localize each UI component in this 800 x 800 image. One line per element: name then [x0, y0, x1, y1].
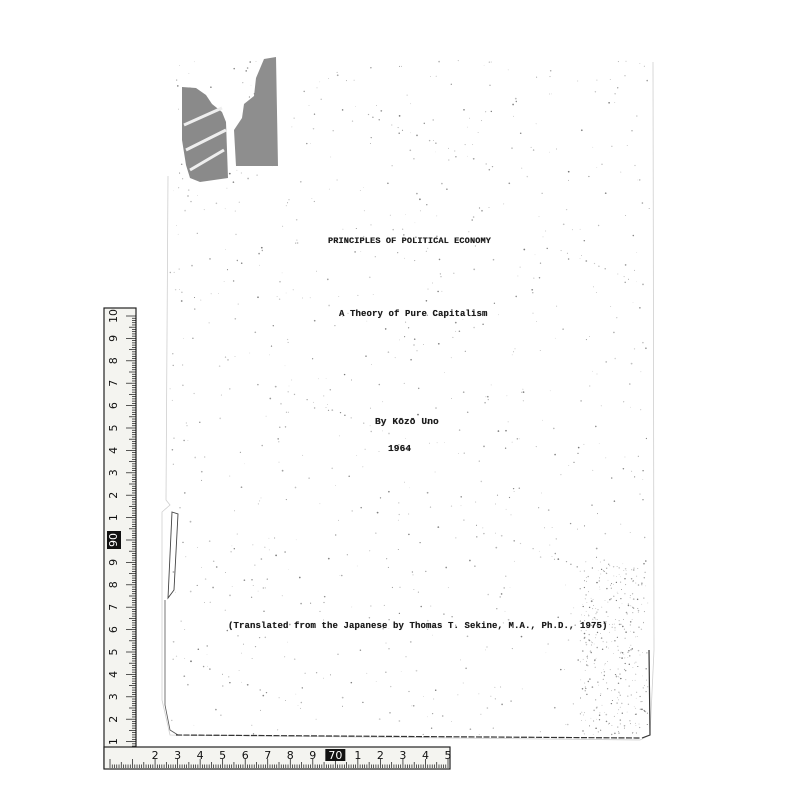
svg-text:8: 8	[107, 581, 120, 588]
svg-text:10: 10	[107, 309, 120, 323]
translation-note: (Translated from the Japanese by Thomas …	[228, 621, 608, 631]
svg-text:2: 2	[107, 492, 120, 499]
vertical-ruler: 01234567899012345678910	[104, 308, 136, 768]
svg-text:4: 4	[197, 749, 204, 762]
svg-text:5: 5	[445, 749, 452, 762]
svg-text:6: 6	[107, 626, 120, 633]
scan-artwork: 01234567899012345678910 234567897012345	[0, 0, 800, 800]
svg-text:1: 1	[107, 514, 120, 521]
torn-patch-right	[234, 57, 278, 166]
svg-text:6: 6	[107, 402, 120, 409]
svg-text:4: 4	[422, 749, 429, 762]
author-line: By Kōzō Uno	[375, 416, 439, 427]
svg-text:9: 9	[107, 335, 120, 342]
svg-text:3: 3	[107, 693, 120, 700]
horizontal-ruler: 234567897012345	[104, 747, 452, 769]
svg-text:1: 1	[354, 749, 361, 762]
svg-text:8: 8	[107, 357, 120, 364]
svg-text:9: 9	[107, 559, 120, 566]
svg-text:8: 8	[287, 749, 294, 762]
svg-text:5: 5	[107, 425, 120, 432]
publication-year: 1964	[388, 443, 411, 454]
svg-text:2: 2	[152, 749, 159, 762]
svg-text:9: 9	[309, 749, 316, 762]
document-subtitle: A Theory of Pure Capitalism	[339, 309, 488, 319]
svg-text:7: 7	[264, 749, 271, 762]
svg-text:4: 4	[107, 447, 120, 454]
svg-text:5: 5	[219, 749, 226, 762]
svg-text:7: 7	[107, 604, 120, 611]
svg-text:6: 6	[242, 749, 249, 762]
torn-patch-left	[182, 87, 228, 182]
svg-text:90: 90	[107, 533, 120, 547]
svg-text:2: 2	[107, 716, 120, 723]
svg-text:1: 1	[107, 738, 120, 745]
svg-text:3: 3	[399, 749, 406, 762]
svg-text:4: 4	[107, 671, 120, 678]
svg-text:3: 3	[174, 749, 181, 762]
svg-text:3: 3	[107, 469, 120, 476]
svg-text:7: 7	[107, 380, 120, 387]
document-title: PRINCIPLES OF POLITICAL ECONOMY	[328, 236, 491, 246]
svg-text:70: 70	[328, 749, 342, 762]
scanned-page: 01234567899012345678910 234567897012345 …	[0, 0, 800, 800]
svg-text:5: 5	[107, 649, 120, 656]
svg-text:2: 2	[377, 749, 384, 762]
